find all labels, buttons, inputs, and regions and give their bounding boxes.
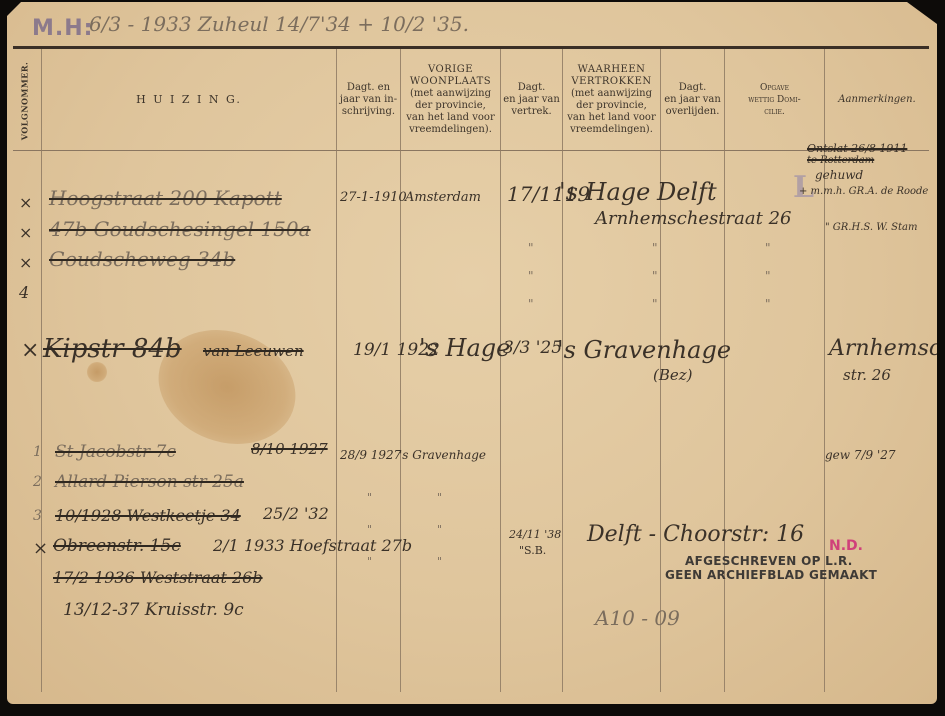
stamp-afgeschreven: AFGESCHREVEN OP L.R. <box>685 554 853 568</box>
block1-address-3: Goudscheweg 34b <box>49 247 235 271</box>
header-vertrek: Dagt.en jaar vanvertrek. <box>501 52 562 148</box>
block3-row-num: 3 <box>33 508 42 524</box>
block3-extra-line: 17/2 1936 Weststraat 26b <box>53 568 263 587</box>
block3-ditto: """ <box>367 482 372 578</box>
block1-ditto: """ <box>652 234 658 318</box>
block2-domicilie-2: str. 26 <box>843 366 891 384</box>
header-aanmerkingen: Aanmerkingen. <box>825 52 929 148</box>
top-annotation: 6/3 - 1933 Zuheul 14/7'34 + 10/2 '35. <box>89 12 469 36</box>
header-overlijden: Dagt.en jaar vanoverlijden. <box>661 52 724 148</box>
block1-address-2: 47b Goudschesingel 150a <box>49 217 311 241</box>
archive-code: A10 - 09 <box>595 606 680 630</box>
block2-waarheen: 's Gravenhage <box>557 336 731 364</box>
water-stain-small <box>87 362 107 382</box>
header-inschrijving: Dagt. enjaar van in-schrijving. <box>337 52 400 148</box>
block3-extra-line: 13/12-37 Kruisstr. 9c <box>63 600 244 620</box>
block1-inschrijving: 27-1-1910 <box>340 190 407 205</box>
block3-row-date: 25/2 '32 <box>263 504 329 523</box>
block3-vertrek-note: "S.B. <box>519 544 546 557</box>
stamp-nd: N.D. <box>829 538 863 554</box>
block1-ditto: """ <box>528 234 534 318</box>
block1-note-gehuwd: gehuwd <box>815 168 863 182</box>
block1-waarheen-2: Delft <box>657 178 717 206</box>
block3-inschrijving: 28/9 1927 <box>340 448 401 462</box>
block1-vorige-woonplaats: Amsterdam <box>405 190 481 205</box>
block3-row-address: Allard Pierson str 25a <box>55 472 244 492</box>
block1-ditto: """ <box>765 234 771 318</box>
mh-stamp: M.H: <box>32 16 93 41</box>
block3-row-date: 8/10 1927 <box>251 440 328 458</box>
block2-address: Kipstr 84b <box>43 334 182 364</box>
block3-row-address: Obreenstr. 15c <box>53 536 181 556</box>
block3-aanmerkingen: gew 7/9 '27 <box>825 448 896 462</box>
header-huizing: H U I Z I N G. <box>42 52 336 148</box>
block1-waarheen: 's Hage <box>559 178 650 206</box>
top-rule <box>13 46 929 49</box>
header-waarheen-vertrokken: WAARHEENVERTROKKEN(met aanwijzingder pro… <box>563 52 660 148</box>
block3-waarheen: Delft - Choorstr: 16 <box>587 522 804 547</box>
header-volgnommer: VOLGNOMMER. <box>7 57 41 145</box>
block3-row-address: St Jacobstr 7c <box>55 442 176 462</box>
population-register-card: M.H: 6/3 - 1933 Zuheul 14/7'34 + 10/2 '3… <box>7 2 937 704</box>
header-domicilie: Opgavewettig Domi-cilie. <box>725 52 824 148</box>
header-rule <box>13 150 929 151</box>
block3-vorige-woonplaats: 's Gravenhage <box>399 448 486 462</box>
stamp-geen-archiefblad: GEEN ARCHIEFBLAD GEMAAKT <box>665 568 877 582</box>
block3-row-num: 2 <box>33 474 42 490</box>
block2-vorige-woonplaats: 's Hage <box>419 334 510 362</box>
block3-row-date: 2/1 1933 Hoefstraat 27b <box>213 536 412 555</box>
block3-vertrek: 24/11 '38 <box>509 528 561 541</box>
block1-note-rotterdam: te Rotterdam <box>807 155 874 166</box>
block3-row-num: × <box>33 538 48 559</box>
block1-note-spouse: + m.m.h. GR.A. de Roode <box>799 186 928 197</box>
block3-row-num: 1 <box>33 444 42 460</box>
block1-numbers: × × × 4 <box>19 188 32 308</box>
block1-note-ontslag: Ontslat 26/8 1911 <box>807 142 907 155</box>
block2-number: × <box>21 338 39 363</box>
block2-address-2: van Leeuwen <box>203 342 304 360</box>
block2-waarheen-sub: (Bez) <box>653 366 693 384</box>
header-vorige-woonplaats: VORIGEWOONPLAATS(met aanwijzingder provi… <box>401 52 500 148</box>
block1-address-1: Hoogstraat 200 Kapott <box>49 186 282 210</box>
block3-row-address: 10/1928 Westkeetje 34 <box>55 506 241 525</box>
block2-domicilie: Arnhemsche <box>829 336 937 361</box>
block1-domicilie: Arnhemschestraat 26 <box>595 208 791 229</box>
block3-ditto: """ <box>437 482 442 578</box>
block1-note-child: " GR.H.S. W. Stam <box>825 222 917 233</box>
block2-vertrek: 3/3 '25 <box>503 338 562 358</box>
